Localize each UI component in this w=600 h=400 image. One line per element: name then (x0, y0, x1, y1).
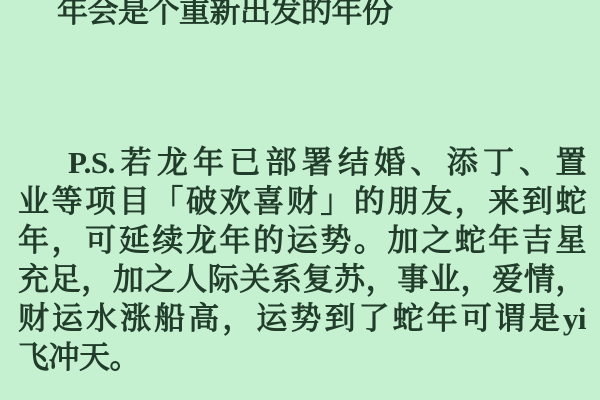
paragraph-line: 年，可延续龙年的运势。加之蛇年吉星 (18, 221, 586, 260)
paragraph-line: 飞冲天。 (18, 338, 586, 377)
page-background: 年会是个重新出发的年份 P.S.若龙年已部署结婚、添丁、置 业等项目「破欢喜财」… (0, 0, 600, 400)
paragraph-line: P.S.若龙年已部署结婚、添丁、置 (18, 143, 586, 182)
paragraph: P.S.若龙年已部署结婚、添丁、置 业等项目「破欢喜财」的朋友，来到蛇 年，可延… (18, 143, 586, 377)
page-heading-clipped: 年会是个重新出发的年份 (57, 0, 393, 33)
paragraph-line: 财运水涨船高，运势到了蛇年可谓是yi (18, 299, 586, 338)
paragraph-line: 充足，加之人际关系复苏，事业，爱情， (18, 260, 586, 299)
paragraph-line: 业等项目「破欢喜财」的朋友，来到蛇 (18, 182, 586, 221)
